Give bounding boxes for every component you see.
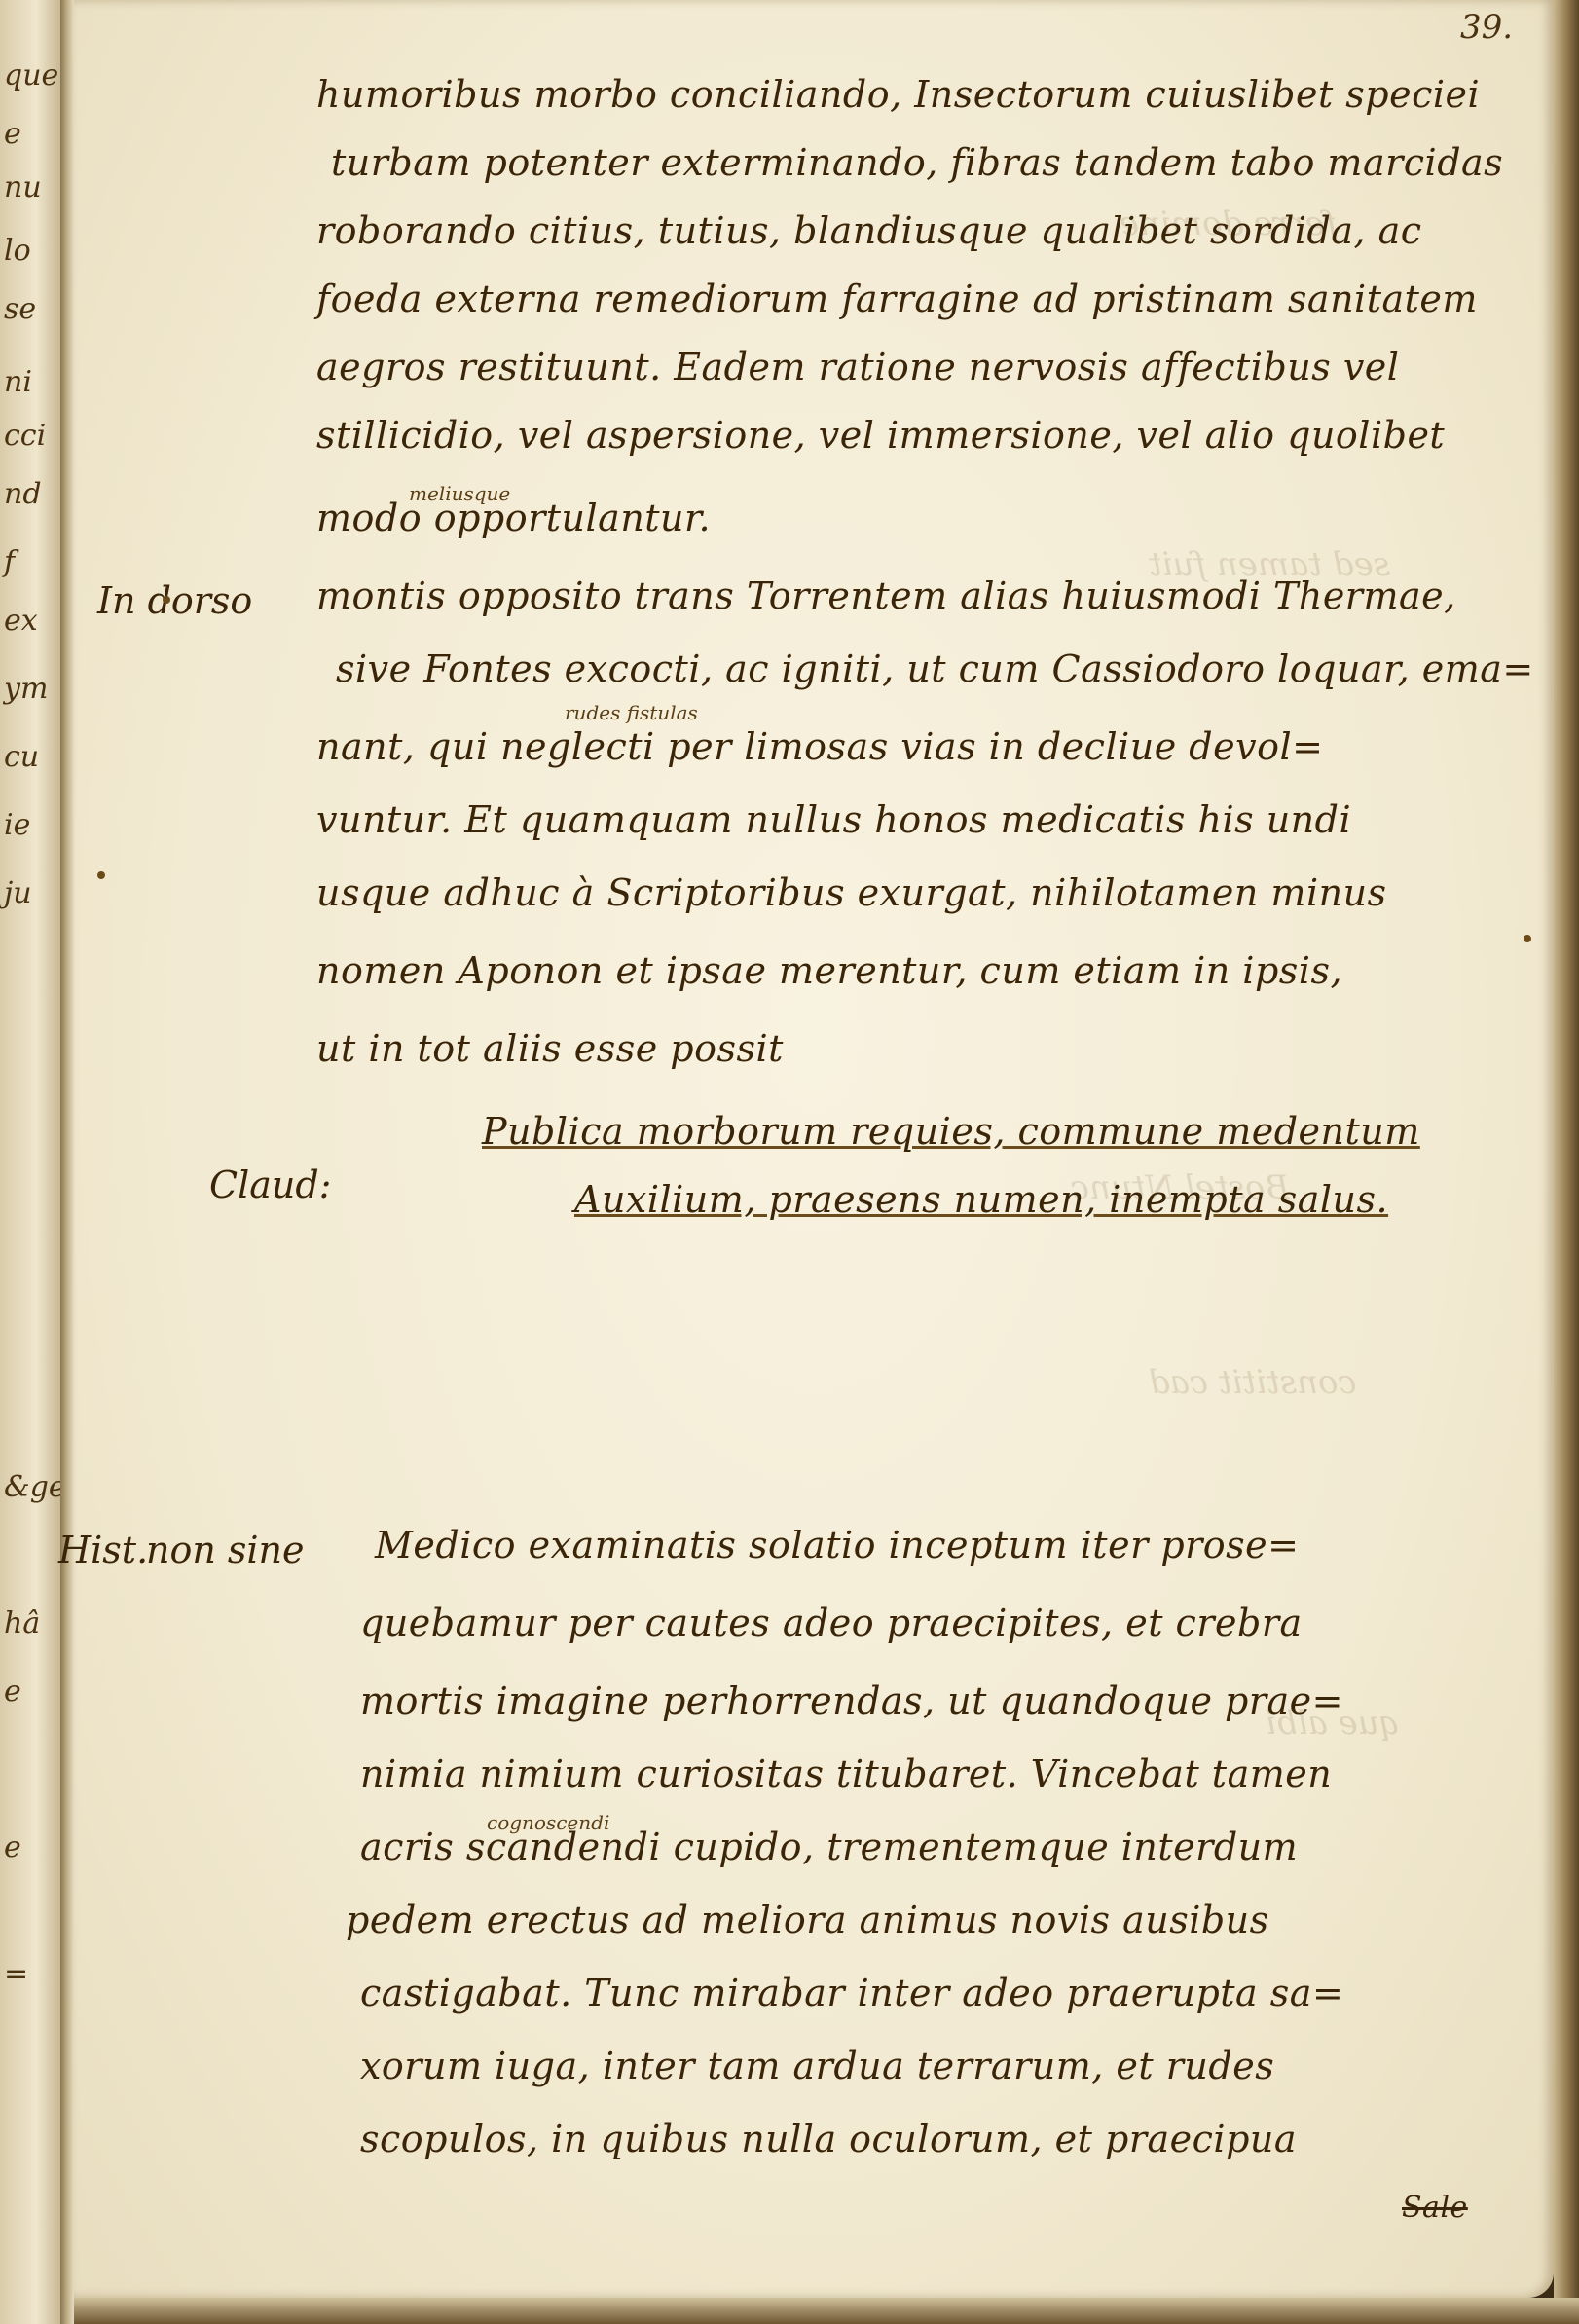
text-line: sive Fontes excocti, ac igniti, ut cum C… [336, 647, 1534, 690]
left-fragment: lo [4, 234, 31, 268]
text-line: vuntur. Et quamquam nullus honos medicat… [316, 798, 1351, 841]
left-fragment: &ge [4, 1470, 60, 1504]
text-line: acris scandendi cupido, trementemque int… [360, 1826, 1298, 1868]
text-line: ut in tot aliis esse possit [316, 1027, 784, 1070]
text-line: montis opposito trans Torrentem alias hu… [316, 574, 1456, 617]
left-fragment: e [4, 117, 21, 151]
page-bottom-edge [74, 2298, 1579, 2324]
text-line: roborando citius, tutius, blandiusque qu… [316, 209, 1422, 252]
left-fragment: ni [4, 365, 32, 399]
bleed-through-text: constitit cad [1149, 1363, 1356, 1402]
left-fragment: que [4, 58, 58, 92]
text-line: pedem erectus ad meliora animus novis au… [346, 1899, 1269, 1941]
left-fragment: ym [4, 672, 48, 706]
text-line: aegros restituunt. Eadem ratione nervosi… [316, 346, 1399, 388]
text-line: scopulos, in quibus nulla oculorum, et p… [360, 2118, 1297, 2160]
left-fragment: nd [4, 477, 42, 511]
ink-spot [163, 596, 170, 604]
text-line: modo opportulantur. [316, 497, 711, 539]
left-fragment: ju [4, 876, 32, 910]
text-line: castigabat. Tunc mirabar inter adeo prae… [360, 1972, 1343, 2014]
verse-line: Publica morborum requies, commune medent… [482, 1110, 1420, 1153]
margin-note: non sine [146, 1529, 305, 1571]
ink-spot [97, 871, 105, 879]
page-edge [1554, 0, 1579, 2324]
text-line: xorum iuga, inter tam ardua terrarum, et… [360, 2045, 1274, 2087]
interlinear-note: rudes fistulas [565, 701, 698, 724]
left-fragment: nu [4, 170, 42, 204]
text-line: humoribus morbo conciliando, Insectorum … [316, 73, 1480, 116]
text-line: turbam potenter exterminando, fibras tan… [331, 141, 1503, 184]
left-fragment: cci [4, 419, 46, 453]
left-fragment: se [4, 292, 36, 326]
margin-note: Claud: [209, 1163, 332, 1206]
ink-spot [1524, 935, 1531, 942]
left-fragment: = [4, 1957, 28, 1991]
text-line: usque adhuc à Scriptoribus exurgat, nihi… [316, 871, 1387, 914]
left-fragment: hâ [4, 1606, 40, 1641]
left-fragment: e [4, 1830, 21, 1864]
margin-note: Hist. [58, 1529, 148, 1571]
catchword: Sale [1402, 2191, 1468, 2225]
text-line: quebamur per cautes adeo praecipites, et… [360, 1602, 1303, 1644]
verse-line: Auxilium, praesens numen, inempta salus. [574, 1178, 1388, 1221]
left-fragment: cu [4, 740, 39, 774]
text-line: nomen Aponon et ipsae merentur, cum etia… [316, 949, 1342, 992]
text-line: foeda externa remediorum farragine ad pr… [316, 277, 1478, 320]
left-fragment: ie [4, 808, 30, 842]
adjacent-left-page: que e nu lo se ni cci nd f ex ym cu ie j… [0, 0, 60, 2324]
text-line: nimia nimium curiositas titubaret. Vince… [360, 1752, 1332, 1795]
binding-gutter [60, 0, 74, 2324]
text-line: Medico examinatis solatio inceptum iter … [375, 1524, 1300, 1567]
text-line: mortis imagine perhorrendas, ut quandoqu… [360, 1679, 1343, 1722]
text-line: nant, qui neglecti per limosas vias in d… [316, 725, 1323, 768]
left-fragment: ex [4, 604, 38, 638]
left-fragment: e [4, 1675, 21, 1709]
margin-note: In dorso [97, 579, 252, 622]
text-line: stillicidio, vel aspersione, vel immersi… [316, 414, 1445, 457]
left-fragment: f [4, 545, 15, 579]
folio-number: 39. [1460, 8, 1513, 47]
